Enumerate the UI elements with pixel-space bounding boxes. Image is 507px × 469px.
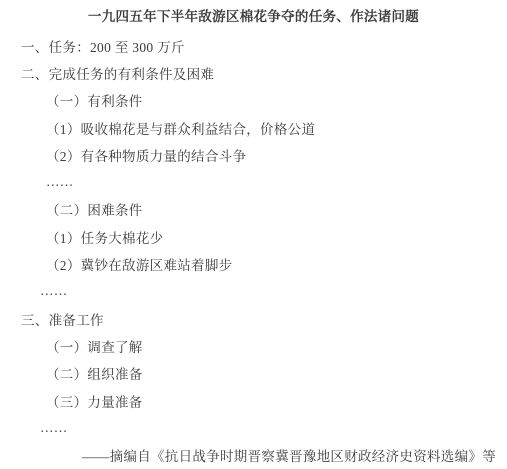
line-favorable-item-2: （2）有各种物质力量的结合斗争 [0, 141, 507, 168]
line-difficult-item-2: （2）冀钞在敌游区难站着脚步 [0, 250, 507, 277]
attribution: ——摘编自《抗日战争时期晋察冀晋豫地区财政经济史资料选编》等 [0, 441, 507, 468]
line-favorable-heading: （一）有利条件 [0, 87, 507, 114]
line-preparation-item-1: （一）调查了解 [0, 332, 507, 359]
document: 一九四五年下半年敌游区棉花争夺的任务、作法诸问题 一、任务：200 至 300 … [0, 0, 507, 469]
line-difficult-heading: （二）困难条件 [0, 196, 507, 223]
line-preparation-item-3: （三）力量准备 [0, 387, 507, 414]
line-conditions-heading: 二、完成任务的有利条件及困难 [0, 59, 507, 86]
line-difficult-item-1: （1）任务大棉花少 [0, 223, 507, 250]
line-preparation-heading: 三、准备工作 [0, 305, 507, 332]
document-title: 一九四五年下半年敌游区棉花争夺的任务、作法诸问题 [0, 4, 507, 32]
line-ellipsis-3: …… [0, 414, 507, 441]
line-preparation-item-2: （二）组织准备 [0, 360, 507, 387]
document-page: { "document": { "title": "一九四五年下半年敌游区棉花争… [0, 0, 507, 469]
line-ellipsis-2: …… [0, 278, 507, 305]
line-favorable-item-1: （1）吸收棉花是与群众利益结合，价格公道 [0, 114, 507, 141]
line-task: 一、任务：200 至 300 万斤 [0, 32, 507, 59]
line-ellipsis-1: …… [0, 168, 507, 195]
